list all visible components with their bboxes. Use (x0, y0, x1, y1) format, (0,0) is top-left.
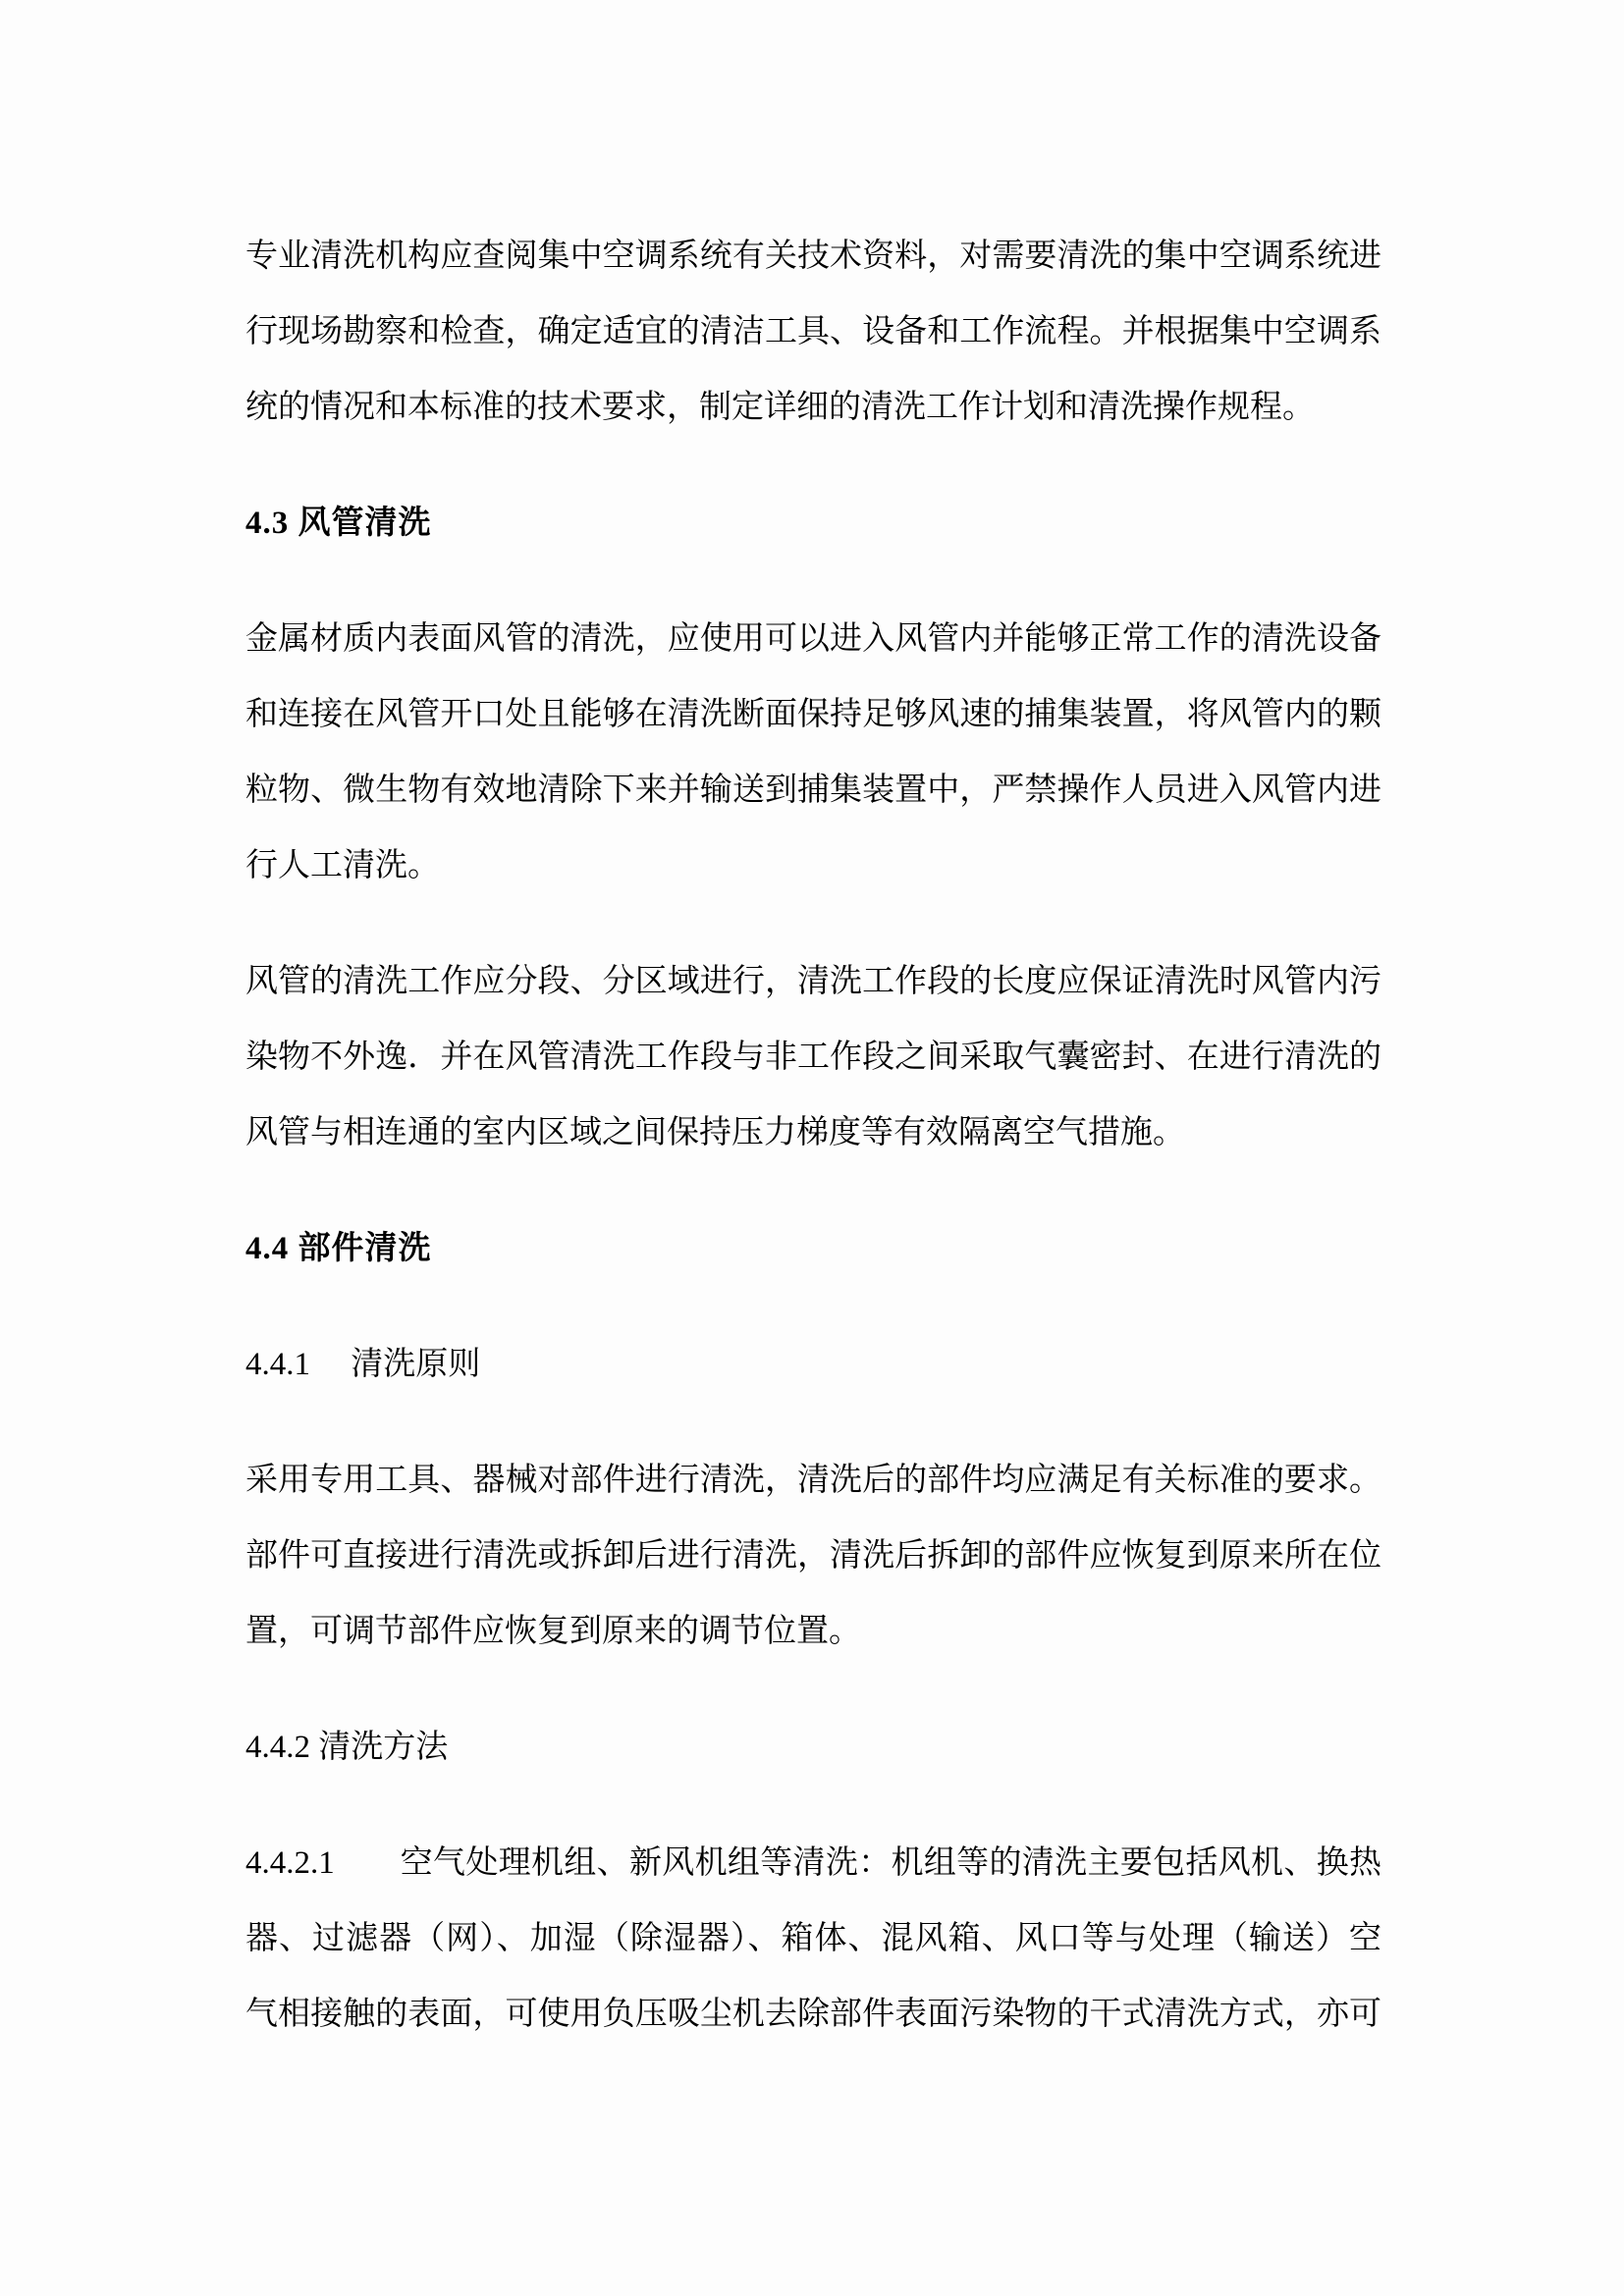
text-line: 4.4.1 清洗原则 (245, 1327, 1381, 1403)
text-line: 4.4 部件清洗 (245, 1211, 1381, 1287)
para-metal-duct-cleaning: 金属材质内表面风管的清洗，应使用可以进入风管内并能够正常工作的清洗设备和连接在风… (245, 602, 1381, 904)
text-line: 染物不外逸．并在风管清洗工作段与非工作段之间采取气囊密封、在进行清洗的 (245, 1020, 1381, 1095)
text-line: 风管的清洗工作应分段、分区域进行，清洗工作段的长度应保证清洗时风管内污 (245, 944, 1381, 1020)
para-cleaning-principles: 采用专用工具、器械对部件进行清洗，清洗后的部件均应满足有关标准的要求。部件可直接… (245, 1443, 1381, 1670)
text-line: 行人工清洗。 (245, 828, 1381, 904)
text-line: 粒物、微生物有效地清除下来并输送到捕集装置中，严禁操作人员进入风管内进 (245, 753, 1381, 828)
heading-4-4-1-cleaning-principles: 4.4.1 清洗原则 (245, 1327, 1381, 1403)
heading-4-4-2-cleaning-methods: 4.4.2 清洗方法 (245, 1710, 1381, 1786)
document-body: 专业清洗机构应查阅集中空调系统有关技术资料，对需要清洗的集中空调系统进行现场勘察… (245, 219, 1381, 2053)
text-line: 金属材质内表面风管的清洗，应使用可以进入风管内并能够正常工作的清洗设备 (245, 602, 1381, 677)
text-line: 专业清洗机构应查阅集中空调系统有关技术资料，对需要清洗的集中空调系统进 (245, 219, 1381, 294)
document-page: 专业清洗机构应查阅集中空调系统有关技术资料，对需要清洗的集中空调系统进行现场勘察… (0, 0, 1624, 2296)
text-line: 4.3 风管清洗 (245, 486, 1381, 561)
text-line: 置，可调节部件应恢复到原来的调节位置。 (245, 1594, 1381, 1670)
para-4-4-2-1-ahu-cleaning: 4.4.2.1 空气处理机组、新风机组等清洗：机组等的清洗主要包括风机、换热器、… (245, 1826, 1381, 2053)
para-sectional-cleaning: 风管的清洗工作应分段、分区域进行，清洗工作段的长度应保证清洗时风管内污染物不外逸… (245, 944, 1381, 1171)
text-line: 气相接触的表面，可使用负压吸尘机去除部件表面污染物的干式清洗方式，亦可 (245, 1977, 1381, 2053)
para-site-survey: 专业清洗机构应查阅集中空调系统有关技术资料，对需要清洗的集中空调系统进行现场勘察… (245, 219, 1381, 446)
text-line: 部件可直接进行清洗或拆卸后进行清洗，清洗后拆卸的部件应恢复到原来所在位 (245, 1519, 1381, 1594)
heading-4-3-duct-cleaning: 4.3 风管清洗 (245, 486, 1381, 561)
text-line: 4.4.2.1 空气处理机组、新风机组等清洗：机组等的清洗主要包括风机、换热 (245, 1826, 1381, 1901)
text-line: 统的情况和本标准的技术要求，制定详细的清洗工作计划和清洗操作规程。 (245, 370, 1381, 446)
text-line: 器、过滤器（网）、加湿（除湿器）、箱体、混风箱、风口等与处理（输送）空 (245, 1901, 1381, 1977)
text-line: 采用专用工具、器械对部件进行清洗，清洗后的部件均应满足有关标准的要求。 (245, 1443, 1381, 1519)
text-line: 和连接在风管开口处且能够在清洗断面保持足够风速的捕集装置，将风管内的颗 (245, 677, 1381, 753)
text-line: 4.4.2 清洗方法 (245, 1710, 1381, 1786)
text-line: 风管与相连通的室内区域之间保持压力梯度等有效隔离空气措施。 (245, 1095, 1381, 1171)
heading-4-4-component-cleaning: 4.4 部件清洗 (245, 1211, 1381, 1287)
text-line: 行现场勘察和检查，确定适宜的清洁工具、设备和工作流程。并根据集中空调系 (245, 294, 1381, 370)
